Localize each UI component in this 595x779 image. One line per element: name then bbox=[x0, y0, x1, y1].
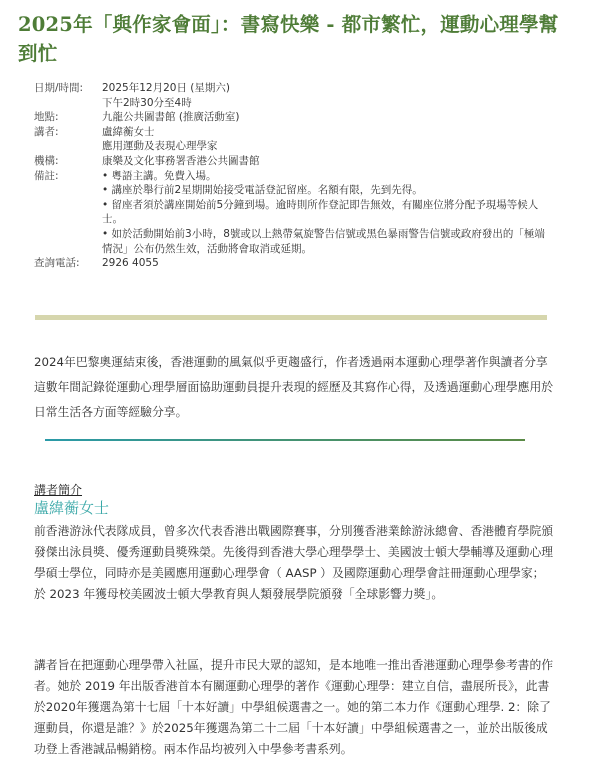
organizer-label: 機構: bbox=[34, 154, 102, 169]
date-value: 2025年12月20日 (星期六) 下午2時30分至4時 bbox=[102, 81, 554, 110]
info-row-venue: 地點: 九龍公共圖書館 (推廣活動室) bbox=[34, 110, 554, 125]
info-row-enquiry: 查詢電話: 2926 4055 bbox=[34, 256, 554, 271]
remarks-list: • 粵語主講。免費入場。 • 講座於舉行前2星期開始接受電話登記留座。名額有限，… bbox=[102, 169, 554, 257]
info-row-date: 日期/時間: 2025年12月20日 (星期六) 下午2時30分至4時 bbox=[34, 81, 554, 110]
speaker-name-line: 盧緯蘅女士 bbox=[102, 125, 554, 140]
speaker-name: 盧緯蘅女士 bbox=[34, 498, 109, 518]
remarks-value: • 粵語主講。免費入場。 • 講座於舉行前2星期開始接受電話登記留座。名額有限，… bbox=[102, 169, 554, 257]
remark-item: • 講座於舉行前2星期開始接受電話登記留座。名額有限，先到先得。 bbox=[102, 183, 554, 198]
remarks-label: 備註: bbox=[34, 169, 102, 257]
speaker-value: 盧緯蘅女士 應用運動及表現心理學家 bbox=[102, 125, 554, 154]
event-introduction: 2024年巴黎奧運結束後，香港運動的風氣似乎更趨盛行，作者透過兩本運動心理學著作… bbox=[34, 350, 554, 425]
section-divider-bar bbox=[35, 315, 547, 320]
speaker-bio-paragraph: 前香港游泳代表隊成員，曾多次代表香港出戰國際賽事，分別獲香港業餘游泳總會、香港體… bbox=[34, 521, 554, 605]
info-row-speaker: 講者: 盧緯蘅女士 應用運動及表現心理學家 bbox=[34, 125, 554, 154]
remark-item: • 留座者須於講座開始前5分鐘到場。逾時則所作登記即告無效，有關座位將分配予現場… bbox=[102, 198, 554, 227]
speaker-label: 講者: bbox=[34, 125, 102, 154]
speaker-section-heading: 講者簡介 bbox=[34, 482, 82, 498]
venue-label: 地點: bbox=[34, 110, 102, 125]
info-row-organizer: 機構: 康樂及文化事務署香港公共圖書館 bbox=[34, 154, 554, 169]
enquiry-phone: 2926 4055 bbox=[102, 256, 554, 271]
time-line: 下午2時30分至4時 bbox=[102, 96, 554, 111]
speaker-bio-paragraph: 講者旨在把運動心理學帶入社區，提升市民大眾的認知，是本地唯一推出香港運動心理學參… bbox=[34, 655, 554, 760]
speaker-title-line: 應用運動及表現心理學家 bbox=[102, 139, 554, 154]
remark-item: • 粵語主講。免費入場。 bbox=[102, 169, 554, 184]
gradient-divider bbox=[45, 439, 525, 441]
info-row-remarks: 備註: • 粵語主講。免費入場。 • 講座於舉行前2星期開始接受電話登記留座。名… bbox=[34, 169, 554, 257]
date-label: 日期/時間: bbox=[34, 81, 102, 110]
event-info: 日期/時間: 2025年12月20日 (星期六) 下午2時30分至4時 地點: … bbox=[34, 81, 554, 271]
date-line: 2025年12月20日 (星期六) bbox=[102, 81, 554, 96]
organizer-value: 康樂及文化事務署香港公共圖書館 bbox=[102, 154, 554, 169]
enquiry-label: 查詢電話: bbox=[34, 256, 102, 271]
page-title: 2025年「與作家會面」：書寫快樂 - 都市繁忙，運動心理學幫到忙 bbox=[18, 10, 578, 68]
remark-item: • 如於活動開始前3小時，8號或以上熱帶氣旋警告信號或黑色暴雨警告信號或政府發出… bbox=[102, 227, 554, 256]
venue-value: 九龍公共圖書館 (推廣活動室) bbox=[102, 110, 554, 125]
